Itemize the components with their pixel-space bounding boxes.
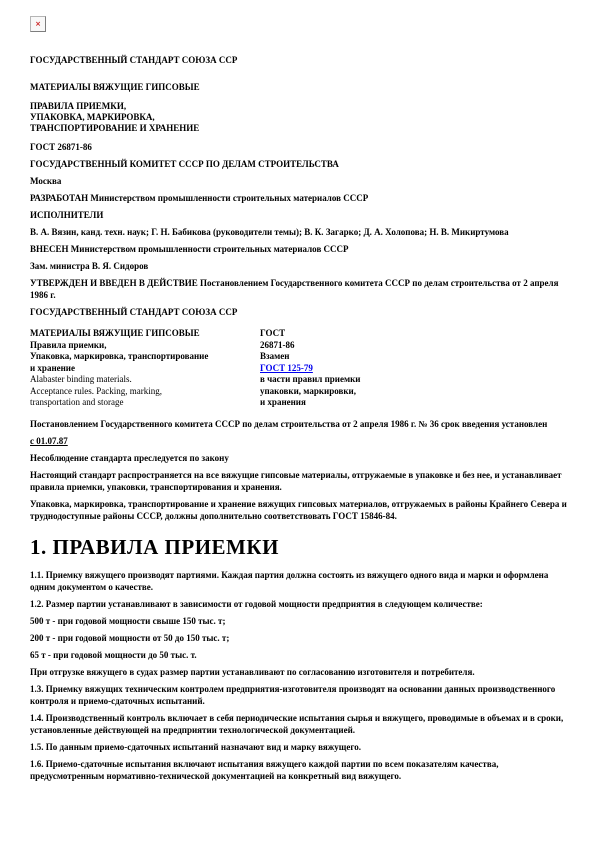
replaces-scope-lines: в части правил приемки упаковки, маркиро…	[260, 374, 360, 409]
paragraph: 1.5. По данным приемо-сдаточных испытани…	[30, 741, 568, 753]
gost-number-value: 26871-86	[260, 340, 360, 352]
law-notice: Несоблюдение стандарта преследуется по з…	[30, 452, 568, 464]
replaced-standard-link[interactable]: ГОСТ 125-79	[260, 363, 313, 373]
paragraph: 1.6. Приемо-сдаточные испытания включают…	[30, 758, 568, 782]
gost-label: ГОСТ	[260, 328, 360, 340]
submitted-by: ВНЕСЕН Министерством промышленности стро…	[30, 243, 568, 255]
executors-list: В. А. Вязин, канд. техн. наук; Г. Н. Баб…	[30, 226, 568, 238]
title-block-left: МАТЕРИАЛЫ ВЯЖУЩИЕ ГИПСОВЫЕ Правила прием…	[30, 328, 260, 409]
paragraph: 500 т - при годовой мощности свыше 150 т…	[30, 615, 568, 627]
scope-paragraph: Настоящий стандарт распространяется на в…	[30, 469, 568, 493]
deputy-minister: Зам. министра В. Я. Сидоров	[30, 260, 568, 272]
broken-image-icon: ×	[30, 16, 46, 32]
broken-image-x-icon: ×	[35, 21, 41, 28]
paragraph: При отгрузке вяжущего в судах размер пар…	[30, 666, 568, 678]
subject-title: МАТЕРИАЛЫ ВЯЖУЩИЕ ГИПСОВЫЕ	[30, 81, 568, 93]
replaces-label: Взамен	[260, 351, 360, 363]
standard-title-repeat: ГОСУДАРСТВЕННЫЙ СТАНДАРТ СОЮЗА ССР	[30, 306, 568, 318]
paragraph: 65 т - при годовой мощности до 50 тыс. т…	[30, 649, 568, 661]
paragraph: 1.1. Приемку вяжущего производят партиям…	[30, 569, 568, 593]
effective-date: с 01.07.87	[30, 435, 568, 447]
paragraph: 200 т - при годовой мощности от 50 до 15…	[30, 632, 568, 644]
title-block-right: ГОСТ 26871-86 Взамен ГОСТ 125-79 в части…	[260, 328, 360, 409]
developed-by: РАЗРАБОТАН Министерством промышленности …	[30, 192, 568, 204]
title-block: МАТЕРИАЛЫ ВЯЖУЩИЕ ГИПСОВЫЕ Правила прием…	[30, 328, 568, 409]
gost-number: ГОСТ 26871-86	[30, 141, 568, 153]
document-page: × ГОСУДАРСТВЕННЫЙ СТАНДАРТ СОЮЗА ССР МАТ…	[0, 0, 595, 842]
north-note-paragraph: Упаковка, маркировка, транспортирование …	[30, 498, 568, 522]
section-1-heading: 1. ПРАВИЛА ПРИЕМКИ	[30, 535, 568, 559]
title-en-lines: Alabaster binding materials. Acceptance …	[30, 374, 260, 409]
city: Москва	[30, 175, 568, 187]
paragraph: 1.4. Производственный контроль включает …	[30, 712, 568, 736]
paragraph: 1.3. Приемку вяжущих техническим контрол…	[30, 683, 568, 707]
paragraph: 1.2. Размер партии устанавливают в завис…	[30, 598, 568, 610]
decree-statement: Постановлением Государственного комитета…	[30, 418, 568, 430]
title-ru-lines: МАТЕРИАЛЫ ВЯЖУЩИЕ ГИПСОВЫЕ Правила прием…	[30, 328, 260, 374]
standard-title: ГОСУДАРСТВЕННЫЙ СТАНДАРТ СОЮЗА ССР	[30, 54, 568, 66]
committee-title: ГОСУДАРСТВЕННЫЙ КОМИТЕТ СССР ПО ДЕЛАМ СТ…	[30, 158, 568, 170]
executors-label: ИСПОЛНИТЕЛИ	[30, 209, 568, 221]
section-1-body: 1.1. Приемку вяжущего производят партиям…	[30, 569, 568, 782]
rules-title: ПРАВИЛА ПРИЕМКИ, УПАКОВКА, МАРКИРОВКА, Т…	[30, 101, 568, 134]
approved-statement: УТВЕРЖДЕН И ВВЕДЕН В ДЕЙСТВИЕ Постановле…	[30, 277, 568, 301]
